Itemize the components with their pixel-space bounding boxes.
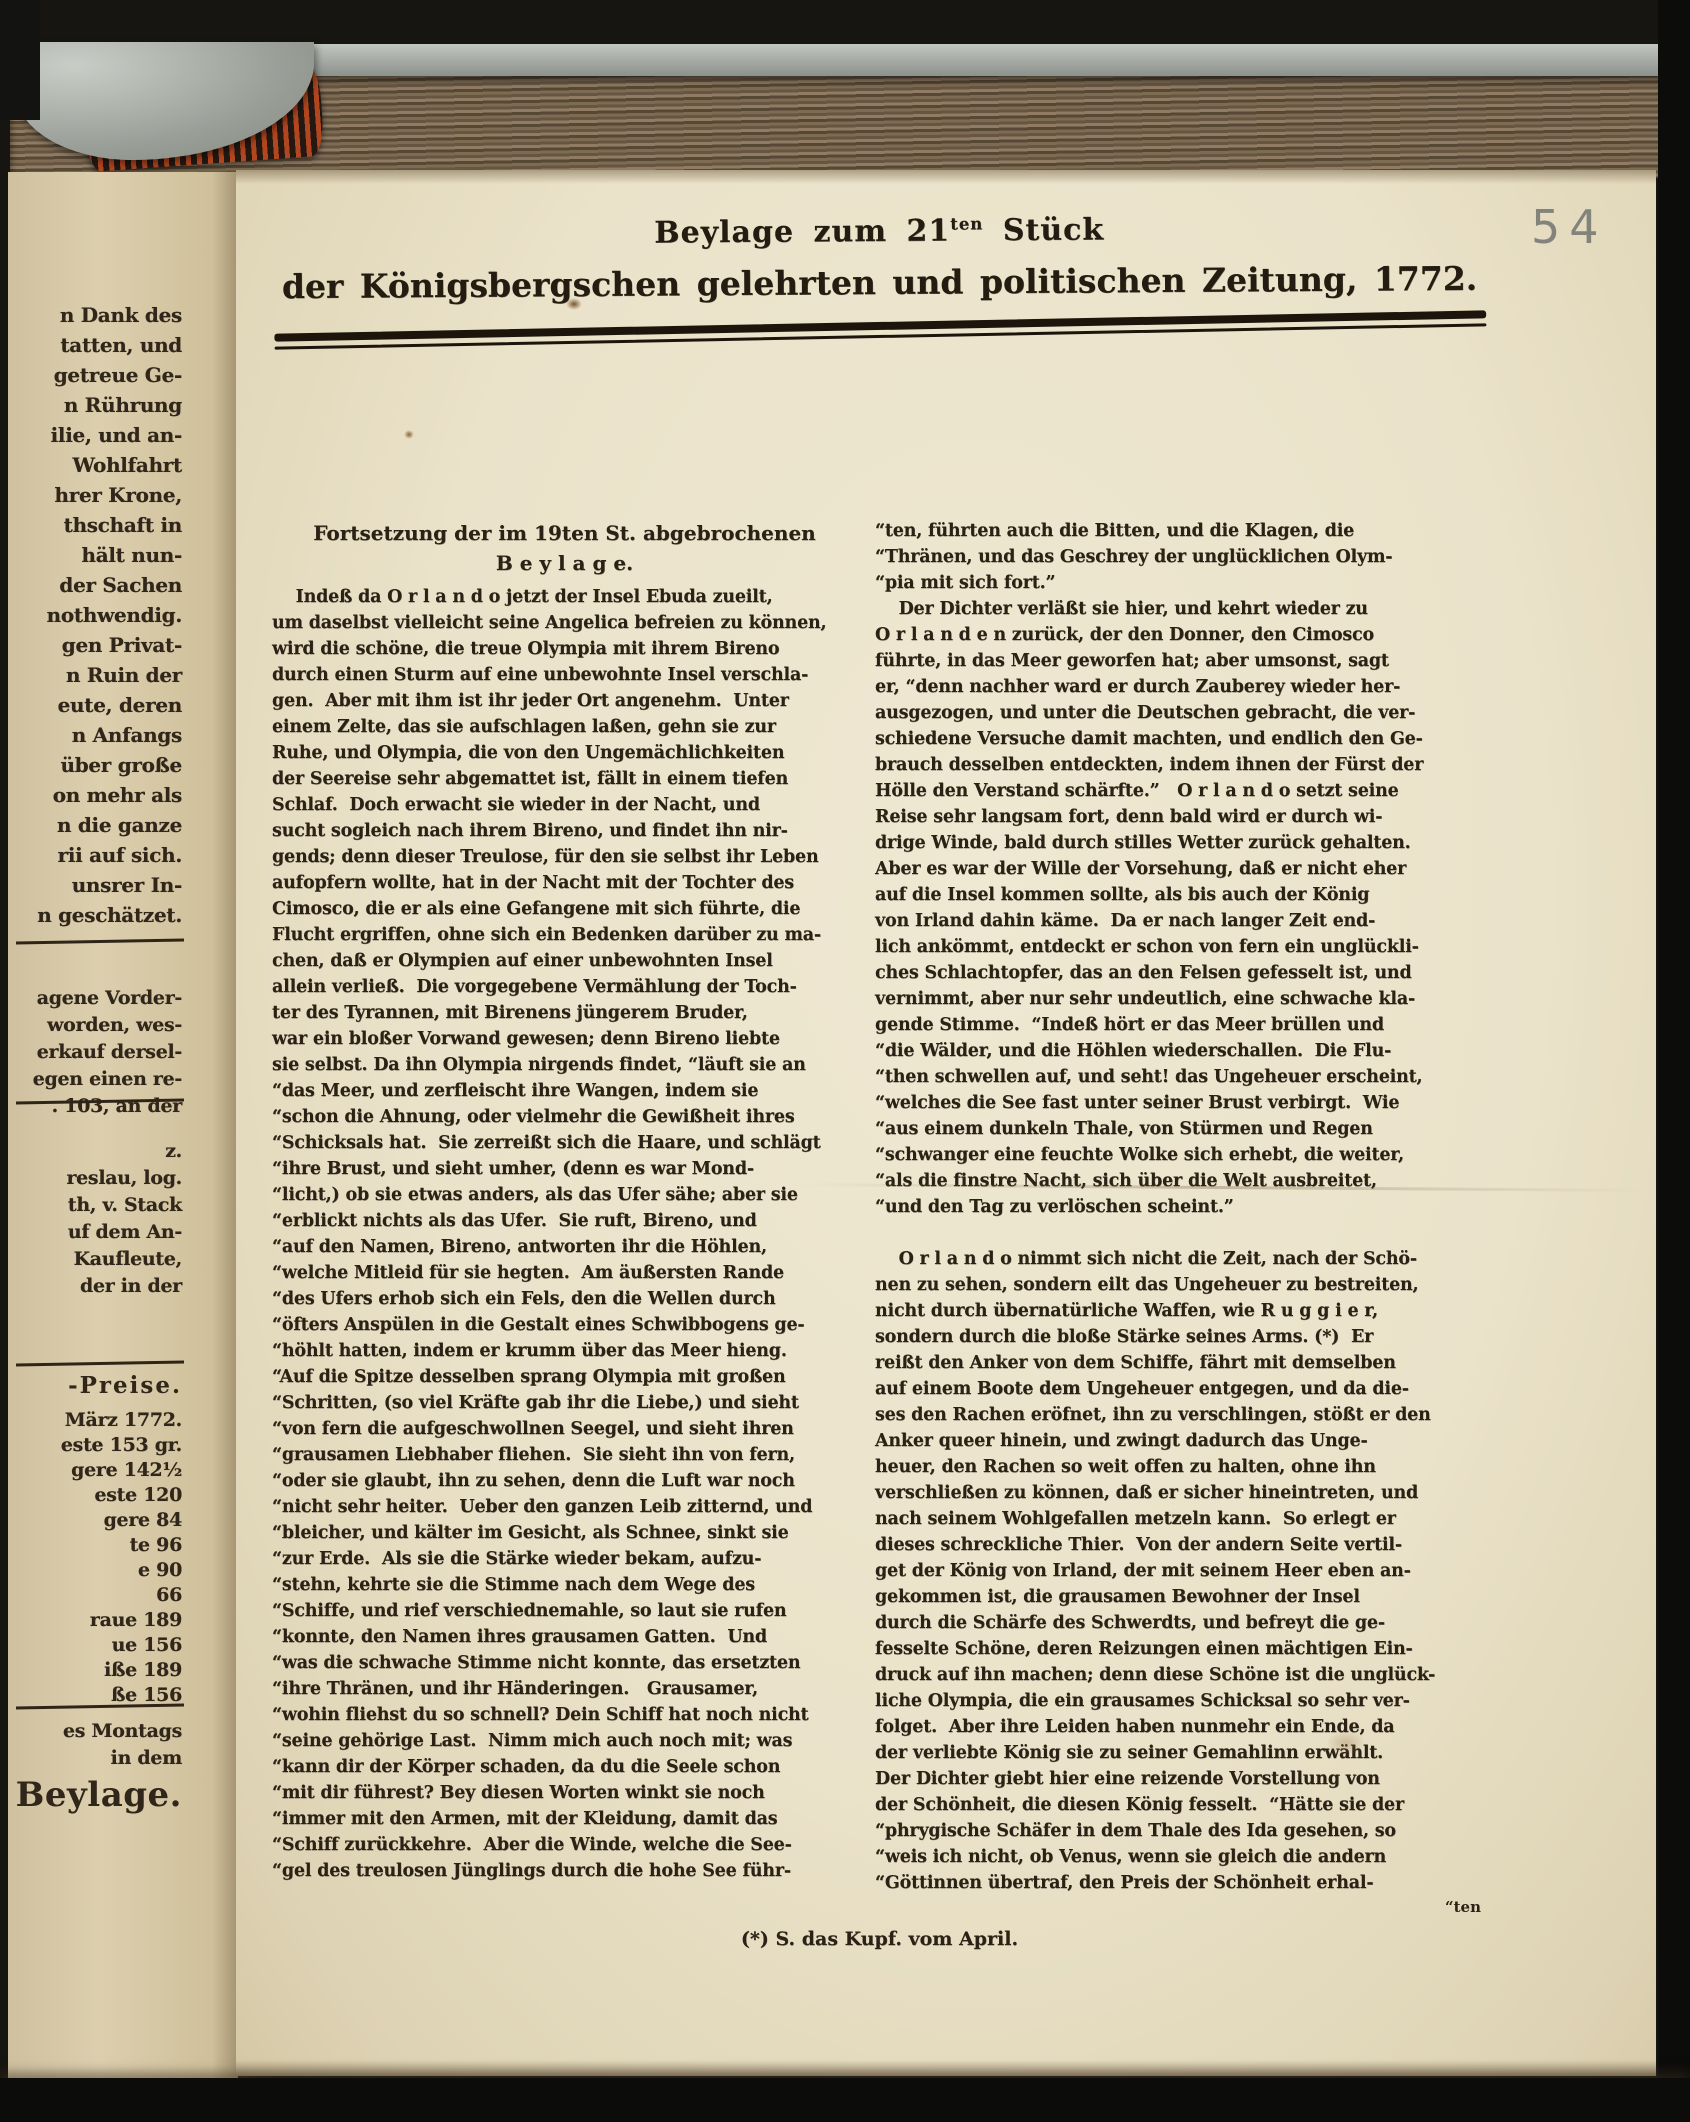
column-right-text: “ten, führten auch die Bitten, und die K… [875,518,1487,1896]
book-scan-photo: n Dank des tatten, und getreue Ge- n Rüh… [0,0,1690,2122]
masthead-double-rule [274,310,1486,349]
masthead-ordinal-superscript: ten [950,214,983,233]
paper-stain [404,430,414,439]
column-left-text: Indeß da O r l a n d o jetzt der Insel E… [272,584,857,1884]
background-shadow [0,0,40,120]
previous-page-edge: n Dank des tatten, und getreue Ge- n Rüh… [8,172,238,2078]
continuation-heading-line2: B e y l a g e. [272,548,857,578]
previous-page-margin-text: n Dank des tatten, und getreue Ge- n Rüh… [14,172,182,2078]
masthead-line2: der Königsbergschen gelehrten und politi… [272,259,1487,306]
catchword: “ten [875,1898,1487,1916]
margin-fragment-group-5: es Montags in dem [14,1718,182,1772]
margin-prices-list: März 1772. este 153 gr. gere 142½ este 1… [14,1408,182,1708]
masthead: Beylage zum 21ten Stück der Königsbergsc… [272,210,1488,342]
margin-rule [16,1361,184,1367]
margin-prices-heading: -Preise. [14,1372,182,1399]
masthead-line1: Beylage zum 21ten Stück [272,210,1487,253]
continuation-heading-line1: Fortsetzung der im 19ten St. abgebrochen… [272,518,857,548]
footnote: (*) S. das Kupf. vom April. [272,1928,1487,1950]
masthead-line1-text: Beylage zum 21 [654,214,950,251]
page-number: 54 [1531,200,1608,254]
continuation-heading: Fortsetzung der im 19ten St. abgebrochen… [272,518,857,578]
margin-fragment-group-3: z. reslau, log. th, v. Stack uf dem An- … [14,1138,182,1300]
column-left: Fortsetzung der im 19ten St. abgebrochen… [272,518,857,1916]
photo-right-edge [1658,0,1690,2122]
margin-beylage-title: Beylage. [14,1775,182,1815]
newspaper-page: 54 Beylage zum 21ten Stück der Königsber… [236,170,1656,2076]
margin-fragment-group-1: n Dank des tatten, und getreue Ge- n Rüh… [14,300,182,930]
column-right: “ten, führten auch die Bitten, und die K… [875,518,1487,1916]
article-columns: Fortsetzung der im 19ten St. abgebrochen… [272,518,1487,1916]
masthead-line1-tail: Stück [983,212,1104,248]
margin-rule [16,939,184,945]
photo-bottom-edge [0,2078,1690,2122]
